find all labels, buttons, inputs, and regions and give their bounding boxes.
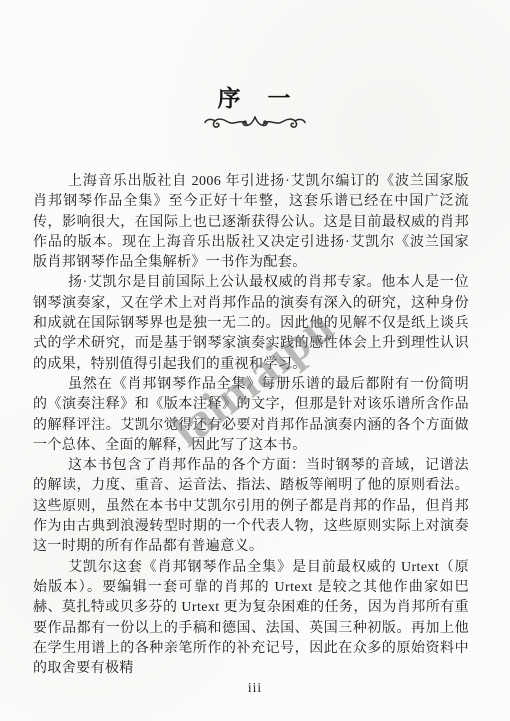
book-page: 序 一 上海音乐出版社自 2006 年引进扬·艾凯尔编订的《波兰国家版肖邦钢琴作… [0,0,510,721]
page-number: iii [0,680,510,696]
flourish-ornament [0,111,510,140]
paragraph-1: 上海音乐出版社自 2006 年引进扬·艾凯尔编订的《波兰国家版肖邦钢琴作品全集》… [33,172,469,273]
page-title: 序 一 [0,80,510,113]
paragraph-3: 虽然在《肖邦钢琴作品全集》每册乐谱的最后都附有一份简明的《演奏注释》和《版本注释… [33,375,469,456]
flourish-icon [199,111,311,135]
paragraph-2: 扬·艾凯尔是目前国际上公认最权威的肖邦专家。他本人是一位钢琴演奏家，又在学术上对… [33,273,469,374]
paragraph-4: 这本书包含了肖邦作品的各个方面：当时钢琴的音域，记谱法的解读，力度、重音、运音法… [33,456,469,557]
paragraph-5: 艾凯尔这套《肖邦钢琴作品全集》是目前最权威的 Urtext（原始版本）。要编辑一… [33,558,469,680]
preface-body: 上海音乐出版社自 2006 年引进扬·艾凯尔编订的《波兰国家版肖邦钢琴作品全集》… [33,172,469,679]
